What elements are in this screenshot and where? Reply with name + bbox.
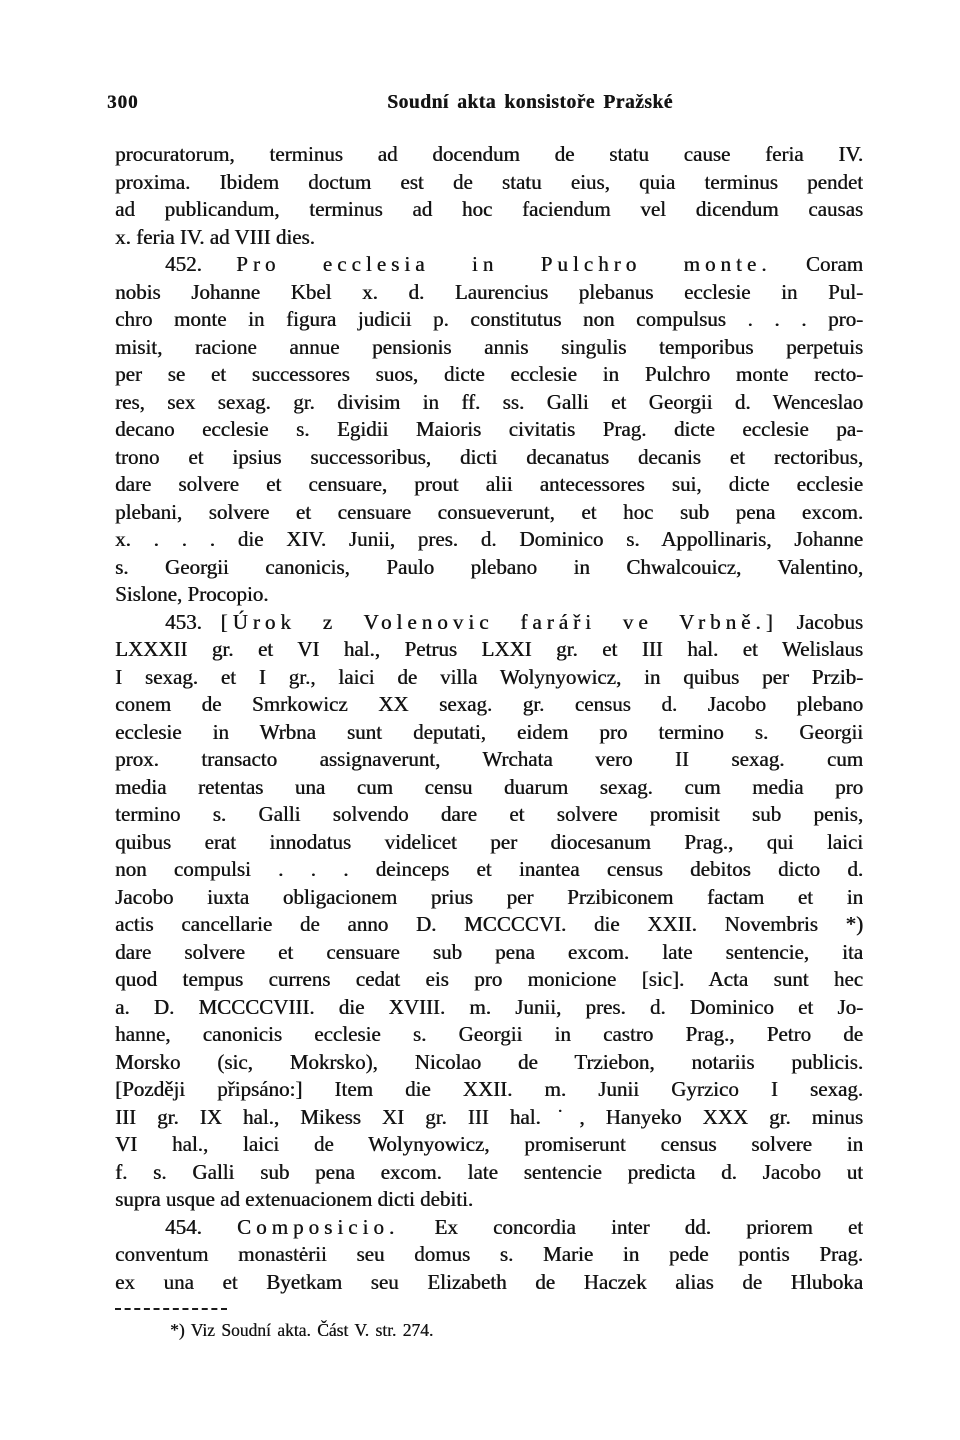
text-line: actis cancellarie de anno D. MCCCCVI. di…: [115, 911, 863, 939]
text-line: x. . . . die XIV. Junii, pres. d. Domini…: [115, 526, 863, 554]
text-segment: f. s. Galli sub pena excom. late sentenc…: [115, 1160, 863, 1184]
text-line: procuratorum, terminus ad docendum de st…: [115, 141, 863, 169]
text-line: I sexag. et I gr., laici de villa Wolyny…: [115, 664, 863, 692]
text-segment: dare solvere et censuare sub pena excom.…: [115, 940, 863, 964]
text-segment: procuratorum, terminus ad docendum de st…: [115, 142, 863, 166]
text-segment: s. Georgii canonicis, Paulo plebano in C…: [115, 555, 863, 579]
text-line: VI hal., laici de Wolynyowicz, promiseru…: [115, 1131, 863, 1159]
footnote-divider: [115, 1308, 227, 1310]
text-segment: dare solvere et censuare, prout alii ant…: [115, 472, 863, 496]
text-segment: ecclesie in Wrbna sunt deputati, eidem p…: [115, 720, 863, 744]
text-line: misit, racione annue pensionis annis sin…: [115, 334, 863, 362]
text-segment: res, sex sexag. gr. divisim in ff. ss. G…: [115, 390, 863, 414]
text-line: quibus erat innodatus videlicet per dioc…: [115, 829, 863, 857]
text-segment: Ex concordia inter dd. priorem et: [399, 1215, 863, 1239]
text-line: media retentas una cum censu duarum sexa…: [115, 774, 863, 802]
text-segment: misit, racione annue pensionis annis sin…: [115, 335, 863, 359]
text-segment: media retentas una cum censu duarum sexa…: [115, 775, 863, 799]
text-line: chro monte in figura judicii p. constitu…: [115, 306, 863, 334]
text-segment: actis cancellarie de anno D. MCCCCVI. di…: [115, 912, 863, 936]
entry-heading: Composicio.: [237, 1215, 399, 1239]
text-segment: per se et successores suos, dicte eccles…: [115, 362, 863, 386]
text-line: [Později připsáno:] Item die XXII. m. Ju…: [115, 1076, 863, 1104]
text-segment: x. . . . die XIV. Junii, pres. d. Domini…: [115, 527, 863, 551]
text-segment: supra usque ad extenuacionem dicti debit…: [115, 1187, 473, 1211]
text-segment: conem de Smrkowicz XX sexag. gr. census …: [115, 692, 863, 716]
page-number: 300: [107, 92, 139, 114]
text-line: conem de Smrkowicz XX sexag. gr. census …: [115, 691, 863, 719]
text-line: ecclesie in Wrbna sunt deputati, eidem p…: [115, 719, 863, 747]
text-segment: quibus erat innodatus videlicet per dioc…: [115, 830, 863, 854]
text-line: nobis Johanne Kbel x. d. Laurencius pleb…: [115, 279, 863, 307]
text-line: 453. [Úrok z Volenovic faráři ve Vrbně.]…: [115, 609, 863, 637]
entry-heading: Pro ecclesia in Pulchro monte.: [236, 252, 771, 276]
text-line: supra usque ad extenuacionem dicti debit…: [115, 1186, 863, 1214]
text-segment: Sislone, Procopio.: [115, 582, 268, 606]
text-segment: proxima. Ibidem doctum est de statu eius…: [115, 170, 863, 194]
text-segment: ex una et Byetkam seu Elizabeth de Hacze…: [115, 1270, 863, 1294]
text-line: proxima. Ibidem doctum est de statu eius…: [115, 169, 863, 197]
text-segment: a. D. MCCCCVIII. die XVIII. m. Junii, pr…: [115, 995, 863, 1019]
text-segment: hanne, canonicis ecclesie s. Georgii in …: [115, 1022, 863, 1046]
text-segment: Jacobo iuxta obligacionem prius per Przi…: [115, 885, 863, 909]
text-line: f. s. Galli sub pena excom. late sentenc…: [115, 1159, 863, 1187]
text-segment: 454.: [165, 1215, 237, 1239]
text-segment: Coram: [772, 252, 864, 276]
text-line: a. D. MCCCCVIII. die XVIII. m. Junii, pr…: [115, 994, 863, 1022]
text-line: Jacobo iuxta obligacionem prius per Przi…: [115, 884, 863, 912]
book-page: 300 Soudní akta konsistoře Pražské procu…: [0, 0, 960, 1440]
text-segment: prox. transacto assignaverunt, Wrchata v…: [115, 747, 863, 771]
text-line: trono et ipsius successoribus, dicti dec…: [115, 444, 863, 472]
text-segment: trono et ipsius successoribus, dicti dec…: [115, 445, 863, 469]
text-line: s. Georgii canonicis, Paulo plebano in C…: [115, 554, 863, 582]
text-block: procuratorum, terminus ad docendum de st…: [115, 141, 863, 1296]
text-line: conventum monastėrii seu domus s. Marie …: [115, 1241, 863, 1269]
text-line: plebani, solvere et censuare consueverun…: [115, 499, 863, 527]
text-segment: termino s. Galli solvendo dare et solver…: [115, 802, 863, 826]
entry-heading: [Úrok z Volenovic faráři ve Vrbně.]: [221, 610, 778, 634]
text-line: 454. Composicio. Ex concordia inter dd. …: [115, 1214, 863, 1242]
text-segment: I sexag. et I gr., laici de villa Wolyny…: [115, 665, 863, 689]
text-line: Sislone, Procopio.: [115, 581, 863, 609]
text-segment: [Později připsáno:] Item die XXII. m. Ju…: [115, 1077, 863, 1101]
text-segment: decano ecclesie s. Egidii Maioris civita…: [115, 417, 863, 441]
text-line: dare solvere et censuare, prout alii ant…: [115, 471, 863, 499]
running-title: Soudní akta konsistoře Pražské: [387, 92, 673, 114]
text-segment: ad publicandum, terminus ad hoc faciendu…: [115, 197, 863, 221]
text-segment: quod tempus currens cedat eis pro monici…: [115, 967, 863, 991]
text-segment: 453.: [165, 610, 221, 634]
text-line: dare solvere et censuare sub pena excom.…: [115, 939, 863, 967]
text-line: LXXXII gr. et VI hal., Petrus LXXI gr. e…: [115, 636, 863, 664]
text-line: x. feria IV. ad VIII dies.: [115, 224, 863, 252]
text-line: decano ecclesie s. Egidii Maioris civita…: [115, 416, 863, 444]
text-segment: LXXXII gr. et VI hal., Petrus LXXI gr. e…: [115, 637, 863, 661]
footnote: *) Viz Soudní akta. Část V. str. 274.: [170, 1320, 770, 1341]
text-line: 452. Pro ecclesia in Pulchro monte. Cora…: [115, 251, 863, 279]
text-line: ad publicandum, terminus ad hoc faciendu…: [115, 196, 863, 224]
text-segment: 452.: [165, 252, 236, 276]
text-line: hanne, canonicis ecclesie s. Georgii in …: [115, 1021, 863, 1049]
text-segment: x. feria IV. ad VIII dies.: [115, 225, 315, 249]
text-segment: III gr. IX hal., Mikess XI gr. III hal.˙…: [115, 1105, 863, 1129]
text-segment: nobis Johanne Kbel x. d. Laurencius pleb…: [115, 280, 863, 304]
text-line: prox. transacto assignaverunt, Wrchata v…: [115, 746, 863, 774]
text-line: Morsko (sic, Mokrsko), Nicolao de Trzieb…: [115, 1049, 863, 1077]
text-line: non compulsi . . . deinceps et inantea c…: [115, 856, 863, 884]
text-segment: Jacobus: [778, 610, 863, 634]
text-segment: VI hal., laici de Wolynyowicz, promiseru…: [115, 1132, 863, 1156]
text-segment: plebani, solvere et censuare consueverun…: [115, 500, 863, 524]
text-segment: non compulsi . . . deinceps et inantea c…: [115, 857, 863, 881]
text-line: III gr. IX hal., Mikess XI gr. III hal.˙…: [115, 1104, 863, 1132]
text-segment: conventum monastėrii seu domus s. Marie …: [115, 1242, 863, 1266]
text-line: per se et successores suos, dicte eccles…: [115, 361, 863, 389]
text-line: quod tempus currens cedat eis pro monici…: [115, 966, 863, 994]
page-header: 300 Soudní akta konsistoře Pražské: [115, 92, 865, 118]
text-line: res, sex sexag. gr. divisim in ff. ss. G…: [115, 389, 863, 417]
text-line: termino s. Galli solvendo dare et solver…: [115, 801, 863, 829]
text-segment: Morsko (sic, Mokrsko), Nicolao de Trzieb…: [115, 1050, 863, 1074]
text-segment: chro monte in figura judicii p. constitu…: [115, 307, 863, 331]
text-line: ex una et Byetkam seu Elizabeth de Hacze…: [115, 1269, 863, 1297]
